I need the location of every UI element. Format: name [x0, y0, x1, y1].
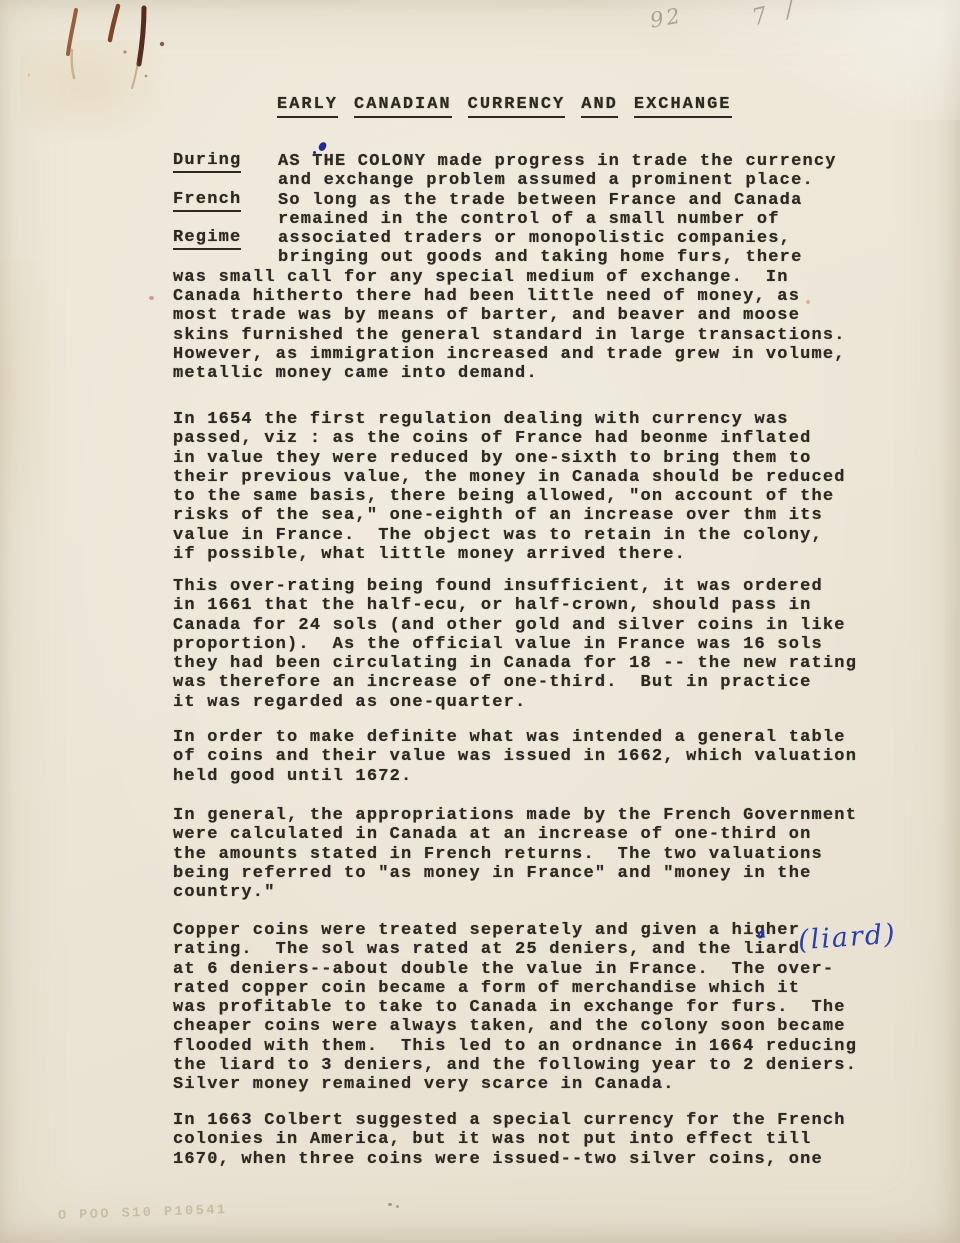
text-line: and exchange problem assumed a prominent… — [173, 171, 837, 190]
text-line: it was regarded as one-quarter. — [173, 693, 857, 712]
text-line: in 1661 that the half-ecu, or half-crown… — [173, 596, 857, 615]
text-line: was profitable to take to Canada in exch… — [173, 998, 857, 1017]
paragraph-2: In 1654 the first regulation dealing wit… — [173, 410, 846, 564]
text-line: most trade was by means of barter, and b… — [173, 306, 846, 325]
document-title: EARLYCANADIANCURRENCYANDEXCHANGE — [277, 96, 732, 118]
paragraph-3: This over-rating being found insufficien… — [173, 577, 857, 712]
text-line: 1670, when three coins were issued--two … — [173, 1150, 846, 1169]
text-line: remained in the control of a small numbe… — [173, 210, 837, 229]
text-line: CANADIAN — [354, 96, 452, 118]
text-line: was therefore an increase of one-third. … — [173, 673, 857, 692]
text-line: in value they were reduced by one-sixth … — [173, 449, 846, 468]
text-line: Copper coins were treated seperately and… — [173, 921, 857, 940]
pencil-mark: 7 / — [750, 0, 803, 31]
text-line: EXCHANGE — [634, 96, 732, 118]
text-line: skins furnished the general standard in … — [173, 326, 846, 345]
paragraph-1-flush: was small call for any special medium of… — [173, 268, 846, 384]
text-line: AND — [581, 96, 618, 118]
text-line: bringing out goods and taking home furs,… — [173, 248, 837, 267]
blue-ink-dot — [318, 141, 327, 152]
text-line: they had been circulating in Canada for … — [173, 654, 857, 673]
text-line: In order to make definite what was inten… — [173, 728, 857, 747]
text-line: CURRENCY — [468, 96, 566, 118]
text-line: In general, the appropriations made by t… — [173, 806, 857, 825]
text-line: colonies in America, but it was not put … — [173, 1130, 846, 1149]
paragraph-4: In order to make definite what was inten… — [173, 728, 857, 786]
text-line: This over-rating being found insufficien… — [173, 577, 857, 596]
paper-fleck — [806, 300, 810, 304]
text-line: their previous value, the money in Canad… — [173, 468, 846, 487]
scanned-document-page: 92 7 / EARLYCANADIANCURRENCYANDEXCHANGE … — [0, 0, 960, 1243]
paragraph-7: In 1663 Colbert suggested a special curr… — [173, 1111, 846, 1169]
paper-fleck — [149, 296, 154, 300]
text-line: cheaper coins were always taken, and the… — [173, 1017, 857, 1036]
text-line: associated traders or monopolistic compa… — [173, 229, 837, 248]
text-line: being referred to "as money in France" a… — [173, 864, 857, 883]
paper-fleck — [388, 1203, 392, 1206]
text-line: to the same basis, there being allowed, … — [173, 487, 846, 506]
text-line: country." — [173, 883, 857, 902]
paragraph-6: Copper coins were treated seperately and… — [173, 921, 857, 1095]
text-line: at 6 deniers--about double the value in … — [173, 960, 857, 979]
text-line: passed, viz : as the coins of France had… — [173, 429, 846, 448]
text-line: In 1654 the first regulation dealing wit… — [173, 410, 846, 429]
text-line: Silver money remained very scarce in Can… — [173, 1075, 857, 1094]
text-line: risks of the sea," one-eighth of an incr… — [173, 506, 846, 525]
text-line: AS THE COLONY made progress in trade the… — [173, 152, 837, 171]
text-line: the liard to 3 deniers, and the followin… — [173, 1056, 857, 1075]
text-line: Canada hitherto there had been little ne… — [173, 287, 846, 306]
text-line: was small call for any special medium of… — [173, 268, 846, 287]
text-line: Canada for 24 sols (and other gold and s… — [173, 616, 857, 635]
paper-fleck — [396, 1205, 399, 1208]
paragraph-1-indented: AS THE COLONY made progress in trade the… — [173, 152, 837, 268]
text-line: of coins and their value was issued in 1… — [173, 747, 857, 766]
pencil-mark: 92 — [648, 3, 684, 32]
text-line: held good until 1672. — [173, 767, 857, 786]
ink-stain-marks — [28, 0, 188, 100]
text-line: In 1663 Colbert suggested a special curr… — [173, 1111, 846, 1130]
text-line: EARLY — [277, 96, 338, 118]
text-line: value in France. The object was to retai… — [173, 526, 846, 545]
text-line: the amounts stated in French returns. Th… — [173, 845, 857, 864]
paper-smudge — [0, 260, 60, 560]
text-line: rating. The sol was rated at 25 deniers,… — [173, 940, 857, 959]
text-line: rated copper coin became a form of merch… — [173, 979, 857, 998]
text-line: proportion). As the official value in Fr… — [173, 635, 857, 654]
text-line: were calculated in Canada at an increase… — [173, 825, 857, 844]
text-line: So long as the trade between France and … — [173, 191, 837, 210]
text-line: flooded with them. This led to an ordnan… — [173, 1037, 857, 1056]
paragraph-5: In general, the appropriations made by t… — [173, 806, 857, 902]
handwritten-liard-note: (liard) — [797, 919, 898, 957]
text-line: However, as immigration increased and tr… — [173, 345, 846, 364]
faint-stamp-text: O POO S10 P10541 — [58, 1203, 228, 1224]
text-line: if possible, what little money arrived t… — [173, 545, 846, 564]
text-line: metallic money came into demand. — [173, 364, 846, 383]
